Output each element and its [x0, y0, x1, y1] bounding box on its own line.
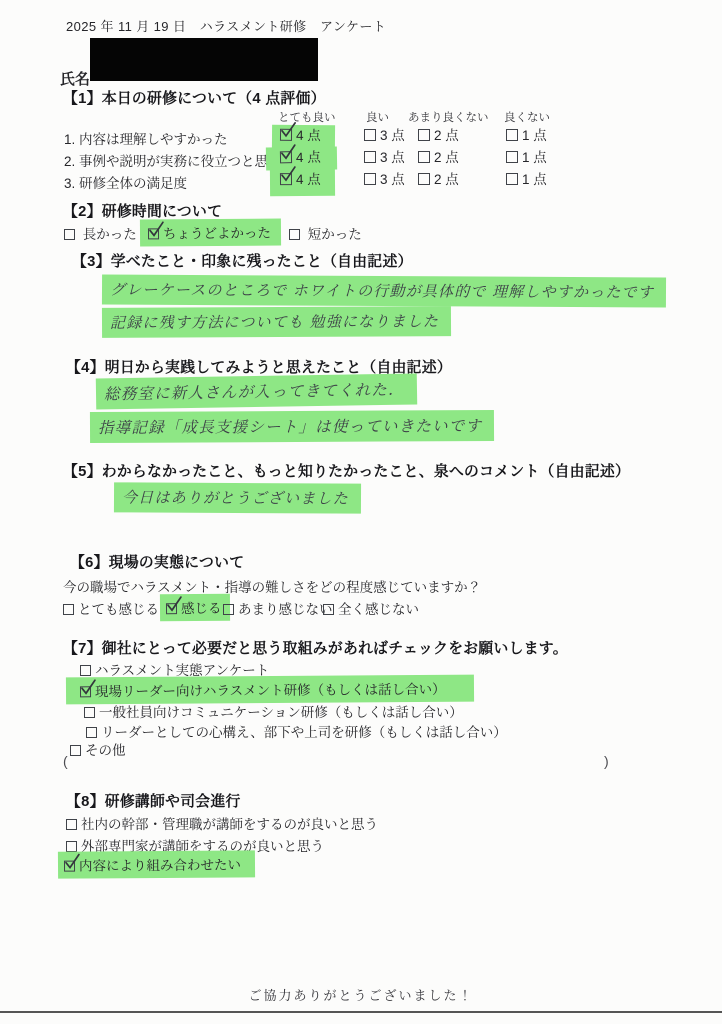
checkbox	[223, 604, 234, 615]
checkbox-checked	[148, 228, 159, 239]
checkbox	[364, 173, 376, 185]
checkbox	[86, 727, 97, 738]
other-field-open-paren: (	[63, 753, 68, 769]
option-combination-checked: 内容により組み合わせたい	[58, 851, 255, 878]
check-mark-icon	[278, 121, 297, 140]
handwritten-answer-line: グレーケースのところで ホワイトの行動が具体的で 理解しやすかったです	[102, 275, 666, 308]
rating-row-label: 1. 内容は理解しやすかった	[64, 128, 228, 148]
rating-col-header: 良い	[366, 109, 389, 125]
checkbox	[506, 129, 518, 141]
option-label: ちょうどよかった	[163, 226, 271, 242]
check-mark-icon	[278, 165, 297, 184]
name-label: 氏名	[60, 68, 90, 89]
rating-cell-label: 2 点	[434, 128, 459, 143]
checkbox-checked	[280, 151, 292, 163]
rating-cell-label: 1 点	[522, 172, 547, 187]
option-staff-training: 一般社員向けコミュニケーション研修（もしくは話し合い）	[84, 701, 463, 721]
rating-cell-label: 4 点	[296, 128, 321, 143]
other-field-close-paren: )	[604, 753, 609, 769]
option-feel-strongly: とても感じる	[63, 598, 159, 618]
section3-heading: 【3】学べたこと・印象に残ったこと（自由記述）	[72, 250, 413, 271]
option-feel-little: あまり感じない	[223, 598, 333, 618]
rating-cell-label: 4 点	[296, 172, 321, 187]
rating-col-header: 良くない	[504, 109, 550, 125]
checkbox	[84, 707, 95, 718]
handwritten-answer-line: 今日はありがとうございました	[114, 482, 361, 513]
option-label: 短かった	[308, 227, 362, 242]
checkbox	[66, 819, 77, 830]
redacted-name-box	[90, 38, 318, 81]
option-time-short: 短かった	[289, 223, 362, 243]
option-label: あまり感じない	[238, 602, 333, 617]
rating-cell-label: 3 点	[380, 128, 405, 143]
rating-cell: 2 点	[418, 128, 459, 144]
section8-heading: 【8】研修講師や司会進行	[66, 790, 241, 811]
handwritten-answer-line: 総務室に新人さんが入ってきてくれた．	[96, 373, 417, 409]
section7-heading: 【7】御社にとって必要だと思う取組みがあればチェックをお願いします。	[63, 637, 568, 658]
check-mark-icon	[278, 143, 297, 162]
option-label: 現場リーダー向けハラスメント研修（もしくは話し合い）	[95, 682, 446, 699]
rating-cell-checked: 4 点	[266, 147, 337, 170]
rating-cell: 1 点	[506, 128, 547, 144]
check-mark-icon	[146, 220, 165, 239]
checkbox	[289, 229, 300, 240]
check-mark-icon	[164, 595, 183, 614]
rating-cell-label: 2 点	[434, 172, 459, 187]
checkbox	[70, 745, 81, 756]
checkbox	[64, 229, 75, 240]
checkbox	[63, 604, 74, 615]
option-feel-none: 全く感じない	[323, 598, 419, 618]
rating-cell-label: 1 点	[522, 128, 547, 143]
rating-cell: 1 点	[506, 150, 547, 166]
option-feel-checked: 感じる	[160, 594, 230, 621]
checkbox	[364, 151, 376, 163]
check-mark-icon	[78, 678, 97, 697]
option-leader-training-checked: 現場リーダー向けハラスメント研修（もしくは話し合い）	[66, 676, 474, 703]
footer-thanks: ご協力ありがとうございました！	[0, 985, 722, 1004]
option-label: その他	[85, 743, 126, 758]
checkbox-checked	[64, 861, 75, 872]
rating-cell: 3 点	[364, 172, 405, 188]
checkbox	[506, 173, 518, 185]
scanned-survey-document: 2025 年 11 月 19 日 ハラスメント研修 アンケート 氏名 【1】本日…	[0, 0, 722, 1024]
bottom-rule	[0, 1011, 722, 1013]
rating-cell-label: 3 点	[380, 172, 405, 187]
rating-cell-label: 4 点	[296, 150, 321, 165]
section1-heading: 【1】本日の研修について（4 点評価）	[63, 87, 326, 108]
checkbox	[418, 129, 430, 141]
checkbox-checked	[280, 173, 292, 185]
rating-cell: 3 点	[364, 150, 405, 166]
rating-cell: 1 点	[506, 172, 547, 188]
rating-col-header: あまり良くない	[408, 109, 489, 125]
section2-heading: 【2】研修時間について	[63, 200, 222, 221]
rating-cell: 2 点	[418, 150, 459, 166]
option-time-just-right-checked: ちょうどよかった	[140, 219, 281, 246]
rating-row-label: 3. 研修全体の満足度	[64, 172, 187, 192]
checkbox-checked	[166, 603, 177, 614]
option-internal-lecturer: 社内の幹部・管理職が講師をするのが良いと思う	[66, 813, 378, 833]
option-label: 感じる	[181, 601, 222, 616]
checkbox	[323, 604, 334, 615]
handwritten-answer-line: 指導記録「成長支援シート」は使っていきたいです	[90, 410, 494, 443]
option-label: 社内の幹部・管理職が講師をするのが良いと思う	[81, 817, 378, 832]
checkbox-checked	[280, 129, 292, 141]
rating-cell-label: 2 点	[434, 150, 459, 165]
handwritten-answer-line: 記録に残す方法についても 勉強になりました	[102, 306, 451, 338]
checkbox	[80, 665, 91, 676]
section6-heading: 【6】現場の実態について	[70, 551, 244, 572]
option-time-long: 長かった	[64, 223, 137, 243]
document-date-title: 2025 年 11 月 19 日 ハラスメント研修 アンケート	[66, 16, 386, 35]
option-label: とても感じる	[78, 602, 159, 617]
option-label: 内容により組み合わせたい	[79, 857, 241, 873]
checkbox	[506, 151, 518, 163]
rating-cell: 2 点	[418, 172, 459, 188]
checkbox-checked	[80, 686, 91, 697]
section5-heading: 【5】わからなかったこと、もっと知りたかったこと、泉へのコメント（自由記述）	[63, 460, 630, 481]
option-leader-mindset: リーダーとしての心構え、部下や上司を研修（もしくは話し合い）	[86, 721, 507, 741]
check-mark-icon	[62, 853, 81, 872]
checkbox	[364, 129, 376, 141]
rating-cell-label: 3 点	[380, 150, 405, 165]
section6-question: 今の職場でハラスメント・指導の難しさをどの程度感じていますか？	[63, 576, 481, 596]
rating-cell-checked: 4 点	[270, 169, 335, 196]
checkbox	[418, 151, 430, 163]
option-label: 全く感じない	[338, 602, 419, 617]
rating-cell-label: 1 点	[522, 150, 547, 165]
rating-cell: 3 点	[364, 128, 405, 144]
option-label: 一般社員向けコミュニケーション研修（もしくは話し合い）	[99, 705, 463, 720]
rating-row-label: 2. 事例や説明が実務に役立つと思った	[64, 150, 295, 170]
option-other: その他	[70, 739, 126, 759]
option-label: リーダーとしての心構え、部下や上司を研修（もしくは話し合い）	[101, 725, 507, 740]
checkbox	[418, 173, 430, 185]
option-label: 長かった	[83, 227, 137, 242]
